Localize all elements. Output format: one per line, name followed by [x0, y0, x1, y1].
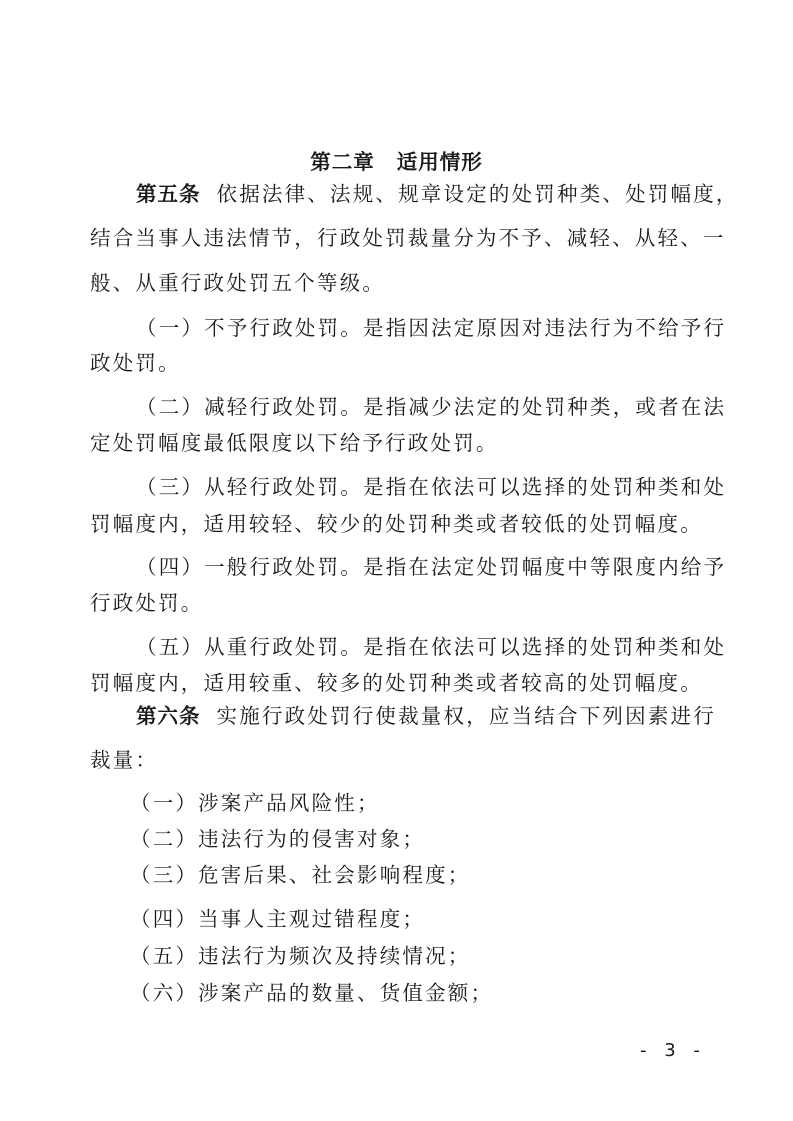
article-5-item-1-line-1: （一）不予行政处罚。是指因法定原因对违法行为不给予行 [136, 318, 726, 339]
article-5-item-4-line-2: 行政处罚。 [90, 593, 204, 614]
article-5-item-4-line-1: （四）一般行政处罚。是指在法定处罚幅度中等限度内给予 [136, 557, 726, 578]
article-5-item-1-line-2: 政处罚。 [90, 353, 181, 374]
article-6-item-1: （一）涉案产品风险性； [130, 793, 380, 814]
article-6-item-2: （二）违法行为的侵害对象； [130, 829, 425, 850]
article-5-text-line-1: 依据法律、法规、规章设定的处罚种类、处罚幅度， [217, 182, 739, 206]
chapter-title: 适用情形 [397, 150, 483, 174]
article-6-first-line: 第六条实施行政处罚行使裁量权，应当结合下列因素进行 [136, 706, 716, 727]
document-page: 第二章适用情形 第五条依据法律、法规、规章设定的处罚种类、处罚幅度， 结合当事人… [0, 0, 793, 1121]
article-5-text-line-2: 结合当事人违法情节，行政处罚裁量分为不予、减轻、从轻、一 [90, 228, 726, 249]
article-6-text-line-1: 实施行政处罚行使裁量权，应当结合下列因素进行 [217, 704, 716, 728]
page-number: - 3 - [640, 1040, 706, 1061]
article-5-item-3-line-2: 罚幅度内，适用较轻、较少的处罚种类或者较低的处罚幅度。 [90, 514, 703, 535]
article-5-item-2-line-1: （二）减轻行政处罚。是指减少法定的处罚种类，或者在法 [136, 397, 726, 418]
chapter-number: 第二章 [310, 150, 375, 174]
article-6-text-line-2: 裁量： [90, 750, 158, 771]
article-5-item-5-line-1: （五）从重行政处罚。是指在依法可以选择的处罚种类和处 [136, 637, 726, 658]
article-6-item-5: （五）违法行为频次及持续情况； [130, 946, 471, 967]
article-5-item-5-line-2: 罚幅度内，适用较重、较多的处罚种类或者较高的处罚幅度。 [90, 673, 703, 694]
article-6-item-3: （三）危害后果、社会影响程度； [130, 865, 471, 886]
article-5-first-line: 第五条依据法律、法规、规章设定的处罚种类、处罚幅度， [136, 184, 739, 205]
article-6-item-4: （四）当事人主观过错程度； [130, 909, 425, 930]
article-5-item-3-line-1: （三）从轻行政处罚。是指在依法可以选择的处罚种类和处 [136, 477, 726, 498]
article-6-label: 第六条 [136, 704, 201, 728]
article-5-label: 第五条 [136, 182, 201, 206]
article-5-text-line-3: 般、从重行政处罚五个等级。 [90, 273, 385, 294]
chapter-heading: 第二章适用情形 [0, 145, 793, 175]
article-6-item-6: （六）涉案产品的数量、货值金额； [130, 983, 493, 1004]
article-5-item-2-line-2: 定处罚幅度最低限度以下给予行政处罚。 [90, 433, 499, 454]
